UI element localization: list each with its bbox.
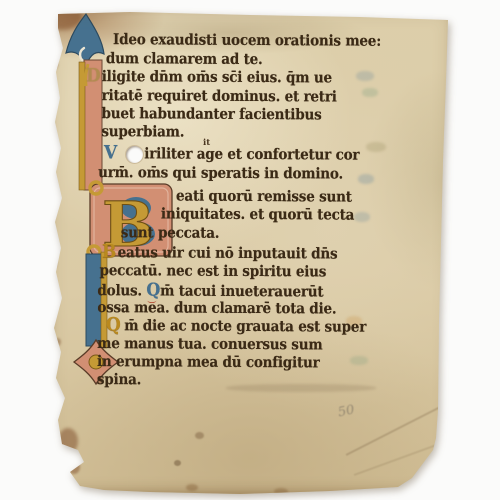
text-line-3: iligite dn̄m om̄s sc̄i eius. q̄m ue bbox=[102, 69, 332, 86]
text-line-9: eati quorū remisse sunt bbox=[176, 188, 352, 204]
text-line-5: buet habundanter facientibus bbox=[101, 106, 321, 123]
text-line-11: sunt peccata. bbox=[121, 225, 220, 241]
parchment-page: B D V B Q Ideo exaudisti uocem orationis… bbox=[46, 8, 454, 498]
stain bbox=[48, 204, 57, 213]
text-line-15: ossa mea. dum clamarē tota die. bbox=[97, 300, 336, 317]
text-line-17: me manus tua. conuersus sum bbox=[97, 336, 322, 353]
text-line-6: superbiam. bbox=[101, 124, 184, 140]
text-line-2: dum clamarem ad te. bbox=[106, 51, 263, 67]
photograph-background: B D V B Q Ideo exaudisti uocem orationis… bbox=[0, 0, 500, 500]
stain bbox=[48, 58, 58, 70]
interlinear-correction: it bbox=[203, 138, 210, 148]
text-line-4: ritatē requiret dominus. et retri bbox=[102, 88, 337, 105]
psalm-text-block: Ideo exaudisti uocem orationis mee:dum c… bbox=[43, 8, 454, 500]
text-line-10: iniquitates. et quorū tecta bbox=[161, 206, 354, 223]
text-line-13: peccatū. nec est in spiritu eius bbox=[100, 263, 327, 280]
stain bbox=[49, 258, 57, 269]
text-line-16: m̄ die ac nocte grauata est super bbox=[124, 318, 366, 335]
text-line-14: dolus. Qm̄ tacui inueterauerūt bbox=[97, 282, 323, 300]
text-line-8: urm̄. om̄s qui speratis in domino. bbox=[98, 165, 343, 182]
text-line-19: spina. bbox=[97, 372, 141, 388]
text-line-1: Ideo exaudisti uocem orationis mee: bbox=[113, 32, 381, 49]
stain bbox=[50, 148, 58, 162]
manuscript-leaf: B D V B Q Ideo exaudisti uocem orationis… bbox=[0, 0, 500, 500]
text-line-7: iriliter age et confortetur cor bbox=[144, 146, 359, 163]
text-line-12: eatus uir cui nō inputauit dn̄s bbox=[118, 245, 338, 262]
text-line-18: in erumpna mea dū configitur bbox=[97, 354, 320, 371]
stain bbox=[50, 300, 59, 309]
